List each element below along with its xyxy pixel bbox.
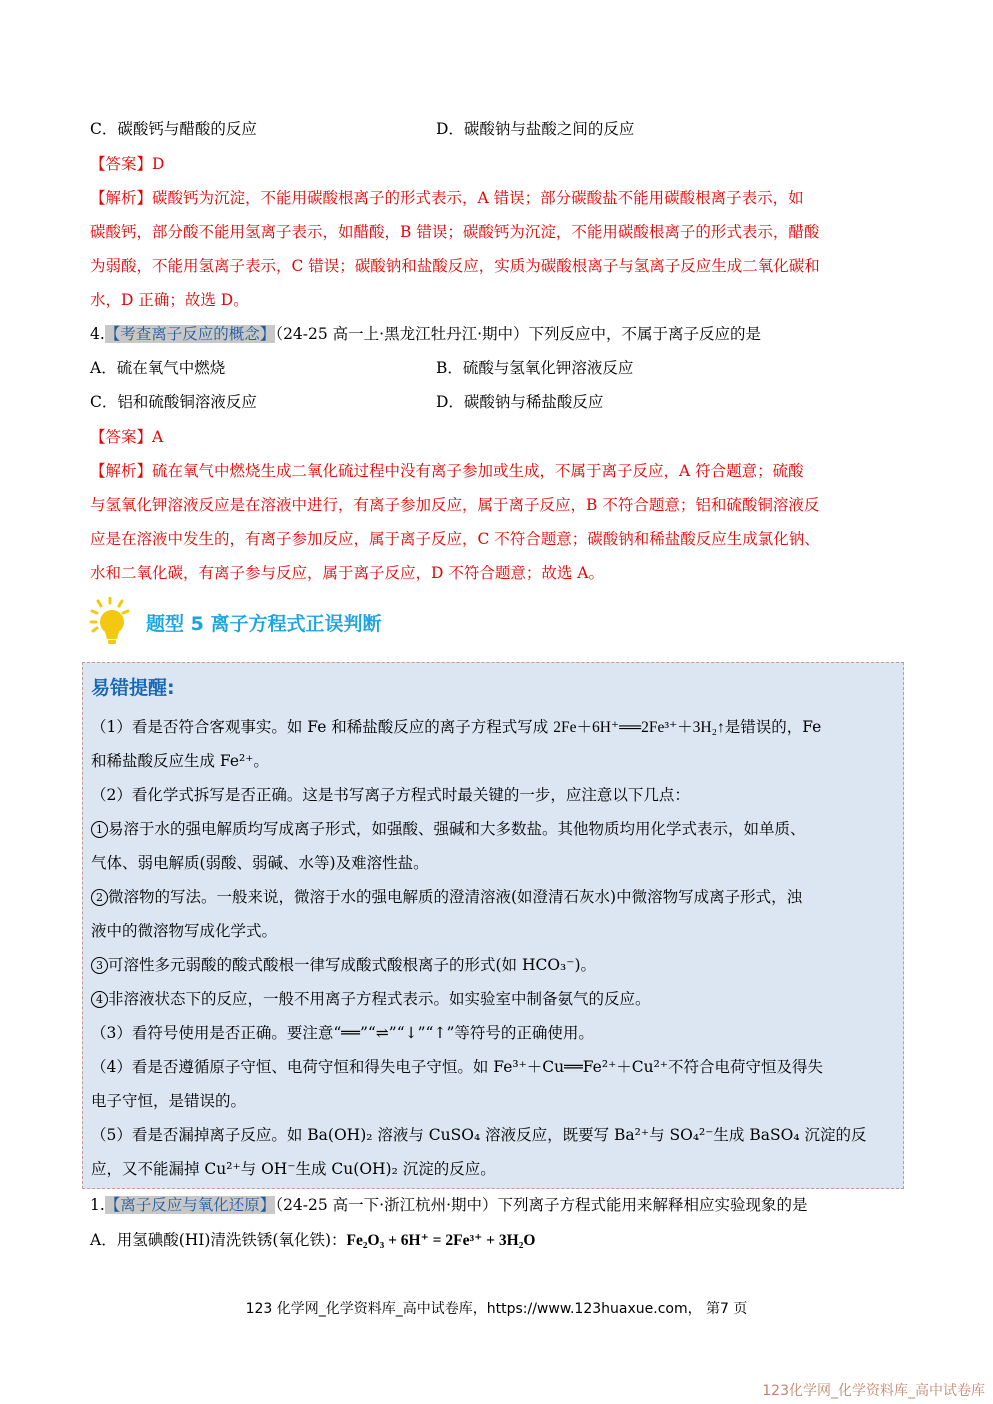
tip-text: （1）看是否符合客观事实。如 Fe 和稀盐酸反应的离子方程式写成 [91,718,553,736]
tip-text: 是错误的，Fe [725,718,822,736]
question-tag: 【考查离子反应的概念】 [105,325,276,343]
tip-point-1: （1）看是否符合客观事实。如 Fe 和稀盐酸反应的离子方程式写成 2Fe＋6H⁺… [91,717,821,738]
tip-point-1-cont: 和稀盐酸反应生成 Fe²⁺。 [91,751,269,771]
tip-subpoint-2: 2微溶物的写法。一般来说，微溶于水的强电解质的澄清溶液(如澄清石灰水)中微溶物写… [91,887,802,907]
circled-number-3: 3 [91,957,108,974]
question-number: 1. [90,1196,105,1214]
tip-text: 非溶液状态下的反应，一般不用离子方程式表示。如实验室中制备氨气的反应。 [108,990,651,1008]
tip-text: 微溶物的写法。一般来说，微溶于水的强电解质的澄清溶液(如澄清石灰水)中微溶物写成… [108,888,802,906]
watermark: 123化学网_化学资料库_高中试卷库 [762,1380,985,1400]
answer-label: 【答案】 [90,428,152,446]
option-b: B．硫酸与氢氧化钾溶液反应 [436,358,633,378]
question-number: 4. [90,325,105,343]
option-c: C．铝和硫酸铜溶液反应 [90,392,257,412]
lightbulb-icon [88,597,132,647]
question-1-stem: 1.【离子反应与氧化还原】（24-25 高一下·浙江杭州·期中）下列离子方程式能… [90,1195,808,1215]
analysis-text: 硫在氧气中燃烧生成二氧化硫过程中没有离子参加或生成，不属于离子反应，A 符合题意… [152,462,804,480]
analysis-label: 【解析】 [90,189,152,207]
prev-analysis-line-2: 碳酸钙，部分酸不能用氢离子表示，如醋酸，B 错误；碳酸钙为沉淀，不能用碳酸根离子… [90,222,819,242]
prev-analysis-line-3: 为弱酸，不能用氢离子表示，C 错误；碳酸钠和盐酸反应，实质为碳酸根离子与氢离子反… [90,256,820,276]
answer-label: 【答案】 [90,155,152,173]
option-text: A．用氢碘酸(HI)清洗铁锈(氧化铁)： [90,1231,347,1249]
option-a: A．硫在氧气中燃烧 [90,358,225,378]
tip-point-5-cont: 应，又不能漏掉 Cu²⁺与 OH⁻生成 Cu(OH)₂ 沉淀的反应。 [91,1159,496,1179]
tip-subpoint-1: 1易溶于水的强电解质均写成离子形式，如强酸、强碱和大多数盐。其他物质均用化学式表… [91,819,806,839]
question-4-analysis-line-3: 应是在溶液中发生的，有离子参加反应，属于离子反应，C 不符合题意；碳酸钠和稀盐酸… [90,529,820,549]
option-d: D．碳酸钠与盐酸之间的反应 [436,119,634,139]
question-4-analysis-line-4: 水和二氧化碳，有离子参与反应，属于离子反应，D 不符合题意；故选 A。 [90,563,604,583]
section-title: 题型 5 离子方程式正误判断 [146,609,381,636]
tip-subpoint-4: 4非溶液状态下的反应，一般不用离子方程式表示。如实验室中制备氨气的反应。 [91,989,651,1009]
circled-number-2: 2 [91,889,108,906]
answer-value: D [152,155,164,173]
equation: 2Fe＋6H⁺══2Fe³⁺＋3H₂↑ [553,719,725,736]
option-c: C．碳酸钙与醋酸的反应 [90,119,257,139]
tip-point-5: （5）看是否漏掉离子反应。如 Ba(OH)₂ 溶液与 CuSO₄ 溶液反应，既要… [91,1125,866,1145]
tip-point-3: （3）看符号使用是否正确。要注意“══”“⇌”“↓”“↑”等符号的正确使用。 [91,1023,594,1043]
tip-subpoint-3: 3可溶性多元弱酸的酸式酸根一律写成酸式酸根离子的形式(如 HCO₃⁻)。 [91,955,596,975]
tip-point-4: （4）看是否遵循原子守恒、电荷守恒和得失电子守恒。如 Fe³⁺＋Cu══Fe²⁺… [91,1057,823,1077]
tipbox-title: 易错提醒: [91,673,175,700]
prev-answer: 【答案】D [90,154,164,174]
tip-point-2: （2）看化学式拆写是否正确。这是书写离子方程式时最关键的一步，应注意以下几点： [91,785,690,805]
tip-text: 可溶性多元弱酸的酸式酸根一律写成酸式酸根离子的形式(如 HCO₃⁻)。 [108,956,596,974]
question-4-analysis-line-1: 【解析】硫在氧气中燃烧生成二氧化硫过程中没有离子参加或生成，不属于离子反应，A … [90,461,804,481]
circled-number-1: 1 [91,821,108,838]
question-4-analysis-line-2: 与氢氧化钾溶液反应是在溶液中进行，有离子参加反应，属于离子反应，B 不符合题意；… [90,495,819,515]
answer-value: A [152,428,163,446]
question-text: （24-25 高一下·浙江杭州·期中）下列离子方程式能用来解释相应实验现象的是 [275,1196,807,1214]
prev-analysis-line-4: 水，D 正确；故选 D。 [90,290,249,310]
question-text: （24-25 高一上·黑龙江牡丹江·期中）下列反应中，不属于离子反应的是 [275,325,761,343]
question-4-answer: 【答案】A [90,427,163,447]
prev-analysis-line-1: 【解析】碳酸钙为沉淀，不能用碳酸根离子的形式表示，A 错误；部分碳酸盐不能用碳酸… [90,188,804,208]
common-mistakes-box: 易错提醒: （1）看是否符合客观事实。如 Fe 和稀盐酸反应的离子方程式写成 2… [82,662,904,1189]
option-equation: Fe₂O₃ + 6H⁺ = 2Fe³⁺ + 3H₂O [347,1232,536,1249]
analysis-text: 碳酸钙为沉淀，不能用碳酸根离子的形式表示，A 错误；部分碳酸盐不能用碳酸根离子表… [152,189,804,207]
tip-subpoint-2-cont: 液中的微溶物写成化学式。 [91,921,277,941]
page-footer: 123 化学网_化学资料库_高中试卷库，https://www.123huaxu… [0,1298,993,1318]
question-4-stem: 4.【考查离子反应的概念】（24-25 高一上·黑龙江牡丹江·期中）下列反应中，… [90,324,761,344]
question-1-option-a: A．用氢碘酸(HI)清洗铁锈(氧化铁)：Fe₂O₃ + 6H⁺ = 2Fe³⁺ … [90,1230,535,1251]
tip-point-4-cont: 电子守恒，是错误的。 [91,1091,246,1111]
tip-text: 易溶于水的强电解质均写成离子形式，如强酸、强碱和大多数盐。其他物质均用化学式表示… [108,820,806,838]
circled-number-4: 4 [91,991,108,1008]
question-tag: 【离子反应与氧化还原】 [105,1196,276,1214]
option-d: D．碳酸钠与稀盐酸反应 [436,392,603,412]
tip-subpoint-1-cont: 气体、弱电解质(弱酸、弱碱、水等)及难溶性盐。 [91,853,429,873]
section-header: 题型 5 离子方程式正误判断 [88,596,381,648]
analysis-label: 【解析】 [90,462,152,480]
